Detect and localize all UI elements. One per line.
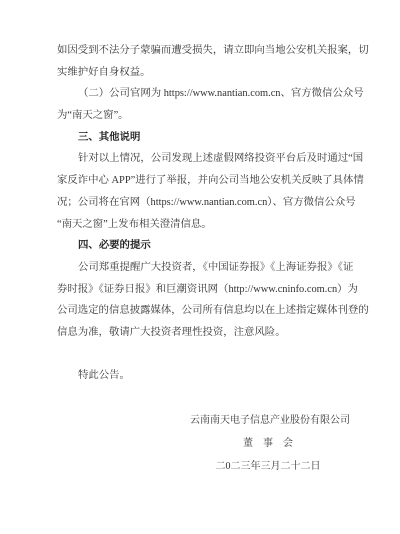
company-name: 云南南天电子信息产业股份有限公司 [190, 409, 346, 432]
paragraph-notice-line-1: 公司郑重提醒广大投资者，《中国证券报》《上海证券报》《证 [57, 257, 368, 279]
announcement-date: 二0二三年三月二十二日 [190, 455, 346, 478]
paragraph-official-site-line-2: 为“南天之窗”。 [57, 105, 368, 127]
document-body: 如因受到不法分子蒙骗而遭受损失，请立即向当地公安机关报案，切 实维护好自身权益。… [57, 40, 368, 478]
closing-statement: 特此公告。 [57, 365, 368, 387]
section-heading-other-notes: 三、其他说明 [57, 127, 368, 149]
paragraph-other-notes-line-3: 况；公司将在官网（https://www.nantian.com.cn）、官方微… [57, 192, 368, 214]
announcement-page: 如因受到不法分子蒙骗而遭受损失，请立即向当地公安机关报案，切 实维护好自身权益。… [0, 0, 400, 534]
board-of-directors-line: 董 事 会 [190, 432, 346, 455]
paragraph-notice-line-2: 券时报》《证券日报》和巨潮资讯网（http://www.cninfo.com.c… [57, 279, 368, 301]
paragraph-official-site-line-1: （二）公司官网为 https://www.nantian.com.cn、官方微信… [57, 83, 368, 105]
paragraph-other-notes-line-2: 家反诈中心 APP”进行了举报，并向公司当地公安机关反映了具体情 [57, 170, 368, 192]
paragraph-other-notes-line-1: 针对以上情况，公司发现上述虚假网络投资平台后及时通过“国 [57, 148, 368, 170]
signature-block: 云南南天电子信息产业股份有限公司 董 事 会 二0二三年三月二十二日 [190, 409, 346, 479]
paragraph-warning-line-2: 实维护好自身权益。 [57, 62, 368, 84]
paragraph-notice-line-4: 信息为准，敬请广大投资者理性投资，注意风险。 [57, 322, 368, 344]
paragraph-notice-line-3: 公司选定的信息披露媒体，公司所有信息均以在上述指定媒体刊登的 [57, 300, 368, 322]
section-heading-necessary-notice: 四、必要的提示 [57, 235, 368, 257]
paragraph-warning-line-1: 如因受到不法分子蒙骗而遭受损失，请立即向当地公安机关报案，切 [57, 40, 368, 62]
paragraph-other-notes-line-4: “南天之窗”上发布相关澄清信息。 [57, 214, 368, 236]
